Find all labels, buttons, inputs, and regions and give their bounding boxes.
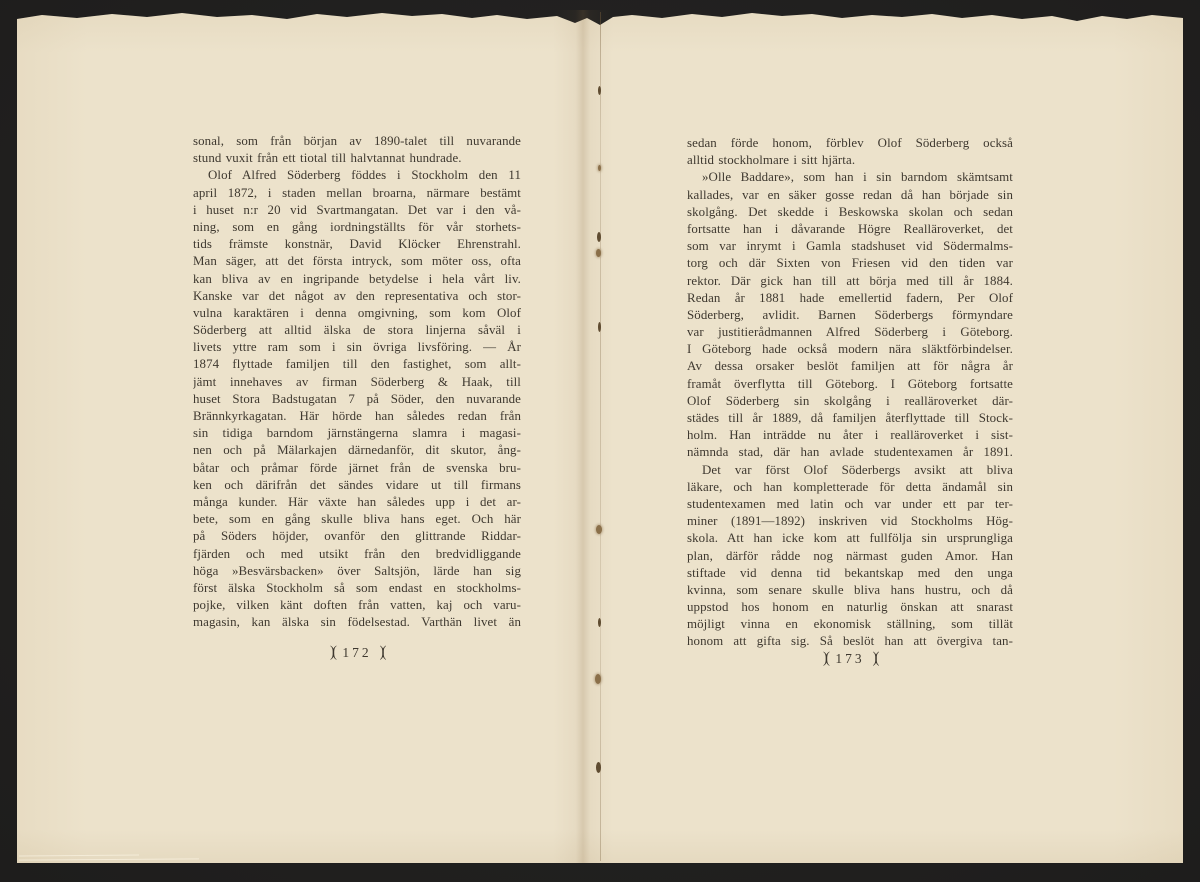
under-page-edge [19, 854, 139, 856]
text-line: holm. Han inträdde nu åter i reallärover… [687, 427, 1013, 444]
text-line: livets yttre ram som i sin övriga livsfö… [193, 339, 521, 356]
text-line: Brännkyrkagatan. Här hörde han således r… [193, 408, 521, 425]
text-line: Olof Söderberg sin skolgång i reallärove… [687, 393, 1013, 410]
binding-stitch [595, 674, 601, 684]
text-line: kallades, var en säker gosse redan då ha… [687, 187, 1013, 204]
under-page-edge [19, 858, 199, 860]
text-line: på Söders höjder, ovanför den glittrande… [193, 528, 521, 545]
page-ornament: )( [823, 650, 827, 668]
text-line: miner (1891—1892) inskriven vid Stockhol… [687, 513, 1013, 530]
page-number: 172 [342, 645, 371, 661]
text-line: sin tidiga barndom järnstängerna slamra … [193, 425, 521, 442]
page-ornament: )( [380, 644, 384, 662]
page-172-text: sonal, som från början av 1890-talet til… [193, 133, 521, 631]
text-line: bete, som en gång skulle bliva hans eget… [193, 511, 521, 528]
text-line: läkare, och han kompletterade för detta … [687, 479, 1013, 496]
text-line: tids främste konstnär, David Klöcker Ehr… [193, 236, 521, 253]
page-173-text: sedan förde honom, förblev Olof Söderber… [687, 135, 1013, 651]
text-line: Redan år 1881 hade emellertid fadern, Pe… [687, 290, 1013, 307]
book-scan: sonal, som från början av 1890-talet til… [0, 0, 1200, 882]
text-line: magasin, kan älska sin födelsestad. Vart… [193, 614, 521, 631]
binding-crease [600, 12, 601, 861]
text-line: som var inrymt i Gamla stadshuset vid Sö… [687, 238, 1013, 255]
text-line: Söderberg att alltid älska de stora linj… [193, 322, 521, 339]
text-line: Av dessa orsaker beslöt familjen att för… [687, 358, 1013, 375]
text-line: sonal, som från början av 1890-talet til… [193, 133, 521, 150]
text-line: studentexamen med latin och var under et… [687, 496, 1013, 513]
text-line: nämnda stad, där han avlade studentexame… [687, 444, 1013, 461]
text-line: Söderberg, avlidit. Barnen Söderbergs fö… [687, 307, 1013, 324]
page-number-172: )( 172 )( [193, 645, 521, 661]
text-line: först älska Stockholm så som endast en s… [193, 580, 521, 597]
text-line: rektor. Där gick han till att börja med … [687, 273, 1013, 290]
text-line: nen och på Mälarkajen därnedanför, dit s… [193, 442, 521, 459]
text-line: jämt innehaves av firman Söderberg & Haa… [193, 374, 521, 391]
text-line: stiftade vid denna tid bekantskap med de… [687, 565, 1013, 582]
text-line: honom att gifta sig. Så beslöt han att ö… [687, 633, 1013, 650]
text-line: vulna karaktären i denna omgivning, som … [193, 305, 521, 322]
binding-stitch [598, 322, 601, 332]
text-line: fortsatte han i dåvarande Högre Realläro… [687, 221, 1013, 238]
text-line: »Olle Baddare», som han i sin barndom sk… [687, 169, 1013, 186]
text-line: fjärden och med utsikt från den bredvidl… [193, 546, 521, 563]
text-line: pojke, vilken känt doften från vatten, k… [193, 597, 521, 614]
text-line: huset Stora Badstugatan 7 på Söder, den … [193, 391, 521, 408]
page-number-173: )( 173 )( [687, 651, 1013, 667]
text-line: ning, som en gång iordningställts för vå… [193, 219, 521, 236]
text-line: var justitierådmannen Alfred Söderberg i… [687, 324, 1013, 341]
text-line: Man säger, att det första intryck, som m… [193, 253, 521, 270]
text-line: uppstod hos honom en naturlig önskan att… [687, 599, 1013, 616]
binding-stitch [597, 232, 601, 242]
text-line: skolgång. Det skedde i Beskowska skolan … [687, 204, 1013, 221]
text-line: båtar och pråmar förde järnet från de sv… [193, 460, 521, 477]
text-line: 1874 flyttade familjen till den fastighe… [193, 356, 521, 373]
text-line: kan bliva av en ingripande betydelse i h… [193, 271, 521, 288]
text-line: I Göteborg hade också modern nära släktf… [687, 341, 1013, 358]
page-ornament: )( [330, 644, 334, 662]
text-line: torg och där Sixten von Friesen vid den … [687, 255, 1013, 272]
text-line: skola. Att han icke kom att fullfölja si… [687, 530, 1013, 547]
text-line: april 1872, i staden mellan broarna, när… [193, 185, 521, 202]
binding-stitch [598, 165, 601, 171]
text-line: stund vuxit från ett tiotal till halvtan… [193, 150, 521, 167]
text-line: städes till år 1889, då familjen återfly… [687, 410, 1013, 427]
text-line: plan, därför rådde nog närmast guden Amo… [687, 548, 1013, 565]
text-line: framåt överflytta till Göteborg. I Göteb… [687, 376, 1013, 393]
text-line: i huset n:r 20 vid Svartmangatan. Det va… [193, 202, 521, 219]
text-line: Olof Alfred Söderberg föddes i Stockholm… [193, 167, 521, 184]
binding-stitch [596, 762, 601, 773]
binding-stitch [596, 249, 601, 257]
text-line: kvinna, som senare skulle bliva hans hus… [687, 582, 1013, 599]
text-line: höga »Besvärsbacken» över Saltsjön, lärd… [193, 563, 521, 580]
binding-stitch [598, 618, 601, 627]
text-line: Det var först Olof Söderbergs avsikt att… [687, 462, 1013, 479]
text-line: Kanske var det något av den representati… [193, 288, 521, 305]
text-line: många kunder. Här växte han således upp … [193, 494, 521, 511]
text-line: möjligt vinna en ekonomisk ställning, so… [687, 616, 1013, 633]
binding-stitch [598, 86, 601, 95]
binding-stitch [596, 525, 602, 534]
text-line: alltid stockholmare i sitt hjärta. [687, 152, 1013, 169]
page-number: 173 [835, 651, 864, 667]
text-line: sedan förde honom, förblev Olof Söderber… [687, 135, 1013, 152]
page-ornament: )( [873, 650, 877, 668]
text-line: ken och därifrån det sändes vidare ut ti… [193, 477, 521, 494]
